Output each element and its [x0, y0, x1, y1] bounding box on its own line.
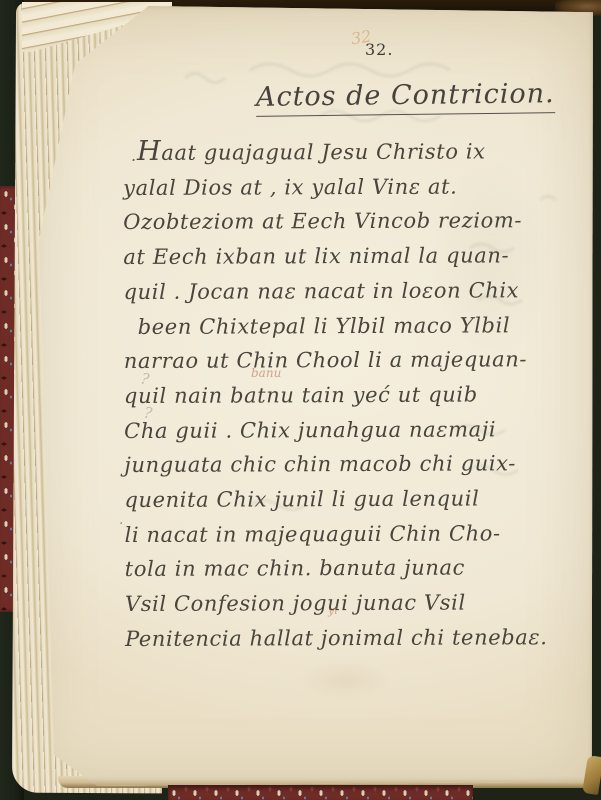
manuscript-line: quenita Chix junil li gua lenquil — [124, 481, 594, 518]
page-number: 32. — [365, 40, 393, 59]
pencil-interline-mark: yi — [328, 604, 338, 617]
manuscript-line: Ozobteziom at Eech Vincob reziom- — [123, 203, 593, 240]
manuscript-scan: 32 32. Actos de Contricion. Haat guajagu… — [0, 0, 601, 800]
manuscript-line: li nacat in majequaguii Chin Cho- — [125, 516, 595, 553]
manuscript-line: Cha guii . Chix junahgua naɛmaji — [124, 412, 594, 449]
manuscript-line: Haat guajagual Jesu Christo ix — [123, 133, 593, 171]
page-title: Actos de Contricion. — [256, 78, 555, 117]
manuscript-line: quil . Jocan naɛ nacat in loɛon Chix — [123, 273, 593, 310]
manuscript-line: been Chixtepal li Ylbil maco Ylbil — [124, 307, 594, 344]
ink-dot: . — [131, 146, 136, 165]
manuscript-text-block: Haat guajagual Jesu Christo ix yalal Dio… — [123, 133, 595, 657]
manuscript-line: quil nain batnu tain yeć ut quib — [124, 377, 594, 414]
manuscript-line: narrao ut Chin Chool li a majequan- — [124, 342, 594, 379]
manuscript-line: Vsil Confesion jogui junac Vsil — [125, 585, 595, 622]
manuscript-line: Penitencia hallat jonimal chi tenebaɛ. — [125, 620, 595, 657]
manuscript-line: junguata chic chin macob chi guix- — [124, 446, 594, 483]
manuscript-line: tola in mac chin. banuta junac — [125, 550, 595, 587]
pencil-correction: banu — [251, 366, 281, 380]
ink-dot: . — [119, 512, 123, 528]
manuscript-content: 32 32. Actos de Contricion. Haat guajagu… — [0, 0, 601, 800]
manuscript-line: at Eech ixban ut lix nimal la quan- — [123, 238, 593, 275]
manuscript-line: yalal Dios at , ix yalal Vinɛ at. — [123, 169, 593, 206]
